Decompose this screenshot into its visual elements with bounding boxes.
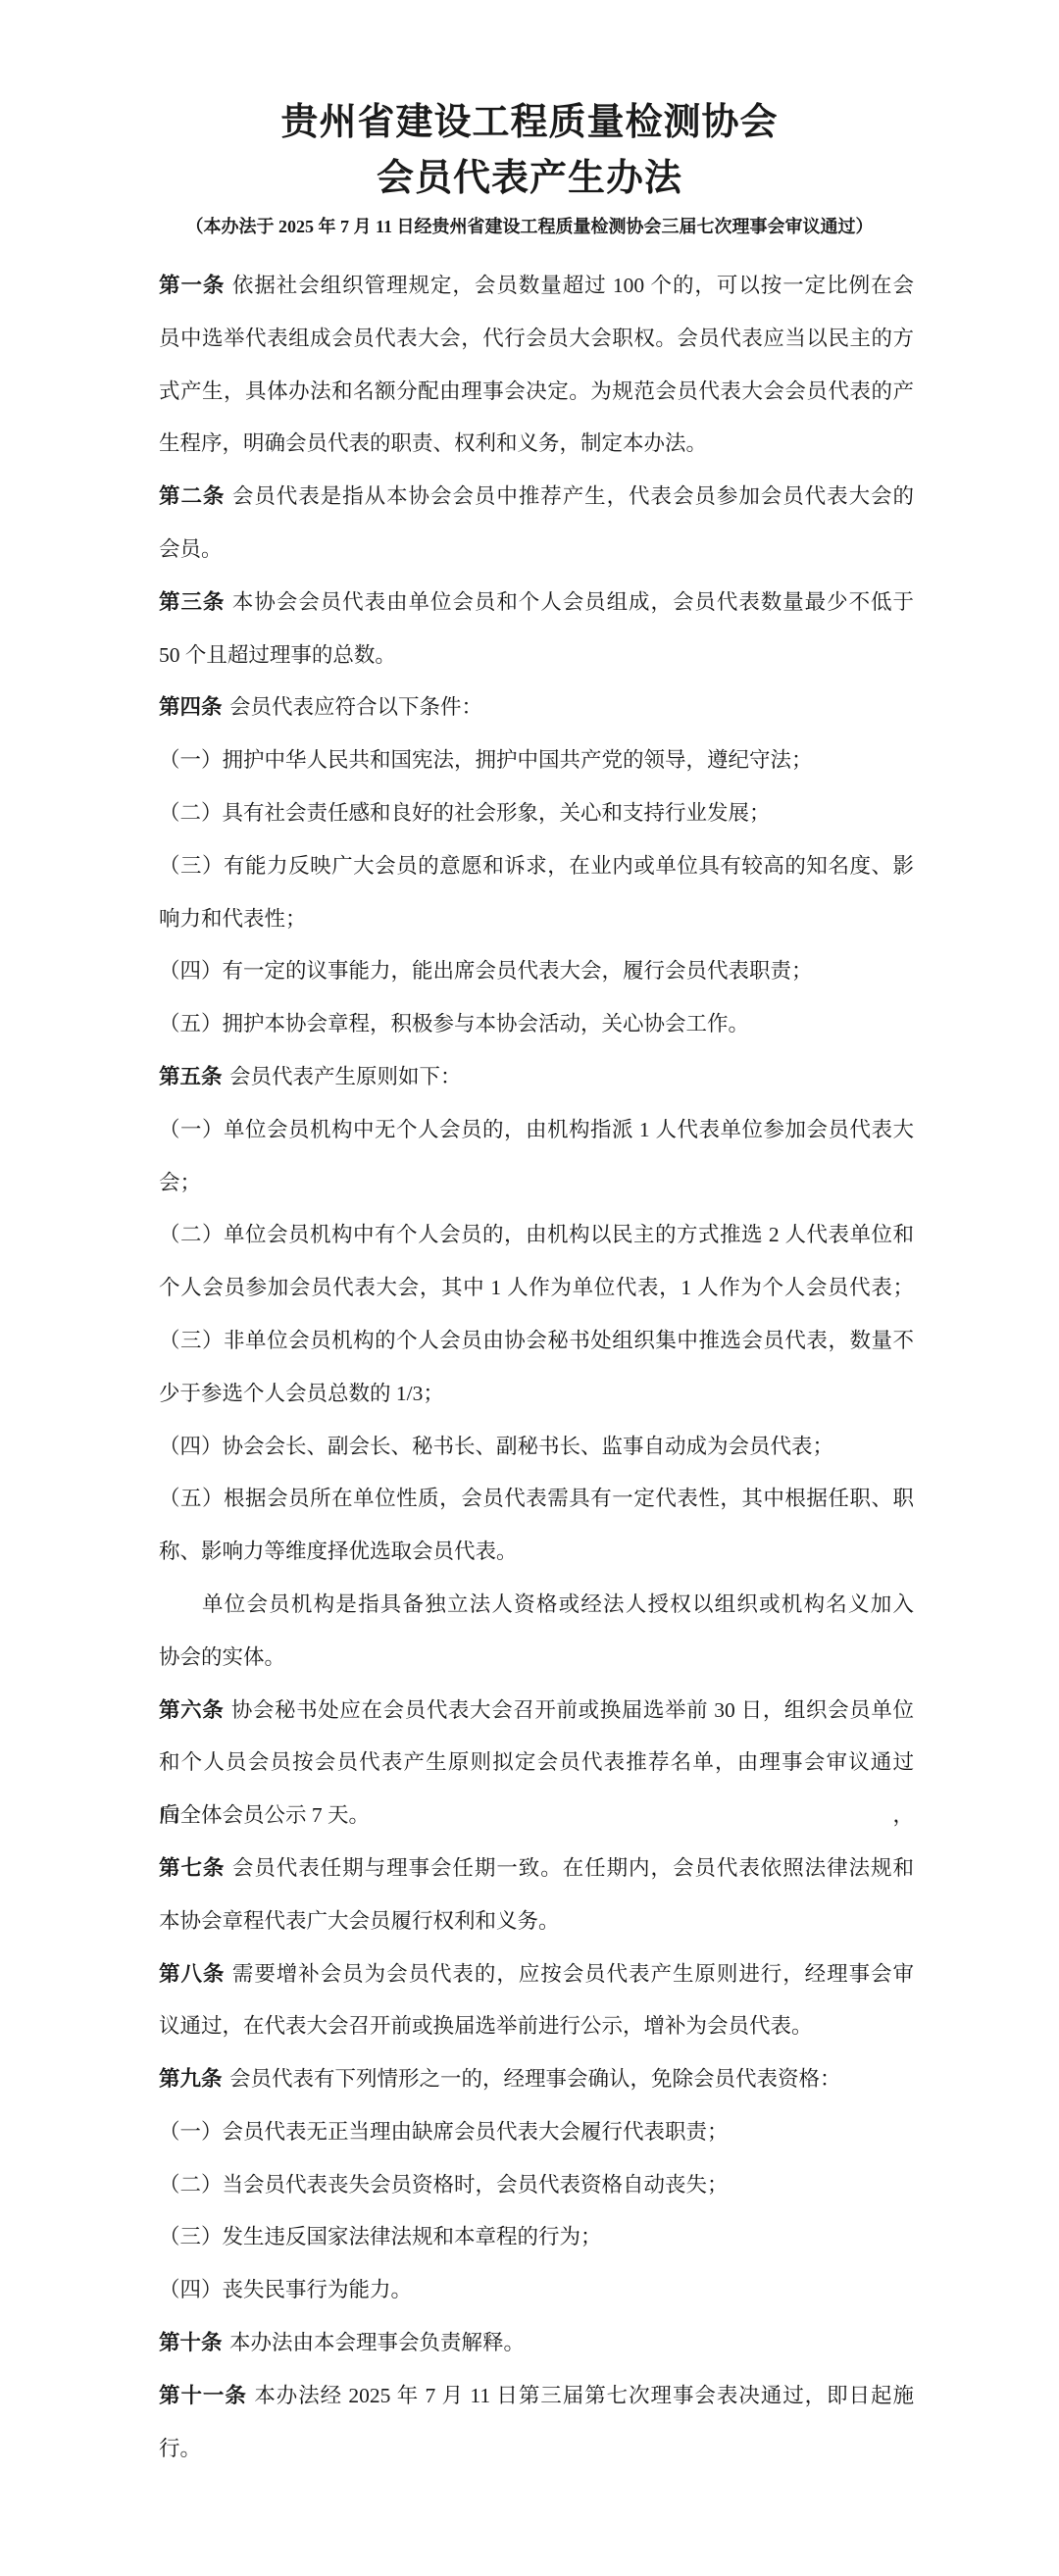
document-title-line-1: 贵州省建设工程质量检测协会	[0, 95, 1059, 151]
article-number: 第五条	[159, 1065, 223, 1088]
article-number: 第六条	[159, 1698, 224, 1722]
paragraph-line: 第九条会员代表有下列情形之一的，经理事会确认，免除会员代表资格：	[159, 2053, 914, 2106]
paragraph-line: 50 个且超过理事的总数。	[159, 630, 914, 682]
paragraph-line: （二）当会员代表丧失会员资格时，会员代表资格自动丧失；	[159, 2159, 914, 2212]
paragraph-line: 式产生，具体办法和名额分配由理事会决定。为规范会员代表大会会员代表的产	[159, 366, 914, 419]
paragraph-line: 第八条需要增补会员为会员代表的，应按会员代表产生原则进行，经理事会审	[159, 1948, 914, 2001]
paragraph-line: （二）具有社会责任感和良好的社会形象，关心和支持行业发展；	[159, 787, 914, 840]
paragraph-line: 第七条会员代表任期与理事会任期一致。在任期内，会员代表依照法律法规和	[159, 1843, 914, 1895]
paragraph-line: 协会的实体。	[159, 1632, 914, 1685]
paragraph-line: （四）有一定的议事能力，能出席会员代表大会，履行会员代表职责；	[159, 945, 914, 998]
article-number: 第七条	[159, 1856, 225, 1880]
paragraph-line: 员中选举代表组成会员代表大会，代行会员大会职权。会员代表应当以民主的方	[159, 313, 914, 366]
paragraph-line: 第十一条本办法经 2025 年 7 月 11 日第三届第七次理事会表决通过，即日…	[159, 2370, 914, 2423]
paragraph-line: （一）单位会员机构中无个人会员的，由机构指派 1 人代表单位参加会员代表大	[159, 1104, 914, 1157]
paragraph-line: 响力和代表性；	[159, 893, 914, 946]
paragraph-line: 第二条会员代表是指从本协会会员中推荐产生，代表会员参加会员代表大会的	[159, 471, 914, 524]
article-number: 第八条	[159, 1962, 225, 1986]
paragraph-line: 少于参选个人会员总数的 1/3；	[159, 1368, 914, 1421]
paragraph-line: （五）根据会员所在单位性质，会员代表需具有一定代表性，其中根据任职、职	[159, 1473, 914, 1526]
paragraph-line: 第五条会员代表产生原则如下：	[159, 1051, 914, 1104]
article-number: 第三条	[159, 590, 225, 614]
paragraph-line: （三）非单位会员机构的个人会员由协会秘书处组织集中推选会员代表，数量不	[159, 1315, 914, 1368]
paragraph-line: 第六条协会秘书处应在会员代表大会召开前或换届选举前 30 日，组织会员单位	[159, 1685, 914, 1738]
document-page: 贵州省建设工程质量检测协会 会员代表产生办法 （本办法于 2025 年 7 月 …	[0, 0, 1059, 2576]
paragraph-line: （一）拥护中华人民共和国宪法，拥护中国共产党的领导，遵纪守法；	[159, 734, 914, 787]
article-number: 第二条	[159, 484, 225, 508]
paragraph-line: 会员。	[159, 524, 914, 577]
paragraph-line: （五）拥护本协会章程，积极参与本协会活动，关心协会工作。	[159, 998, 914, 1051]
paragraph-line: 第四条会员代表应符合以下条件：	[159, 682, 914, 734]
paragraph-line: 本协会章程代表广大会员履行权利和义务。	[159, 1895, 914, 1948]
paragraph-line: （四）丧失民事行为能力。	[159, 2264, 914, 2317]
paragraph-line: （一）会员代表无正当理由缺席会员代表大会履行代表职责；	[159, 2106, 914, 2159]
article-number: 第十条	[159, 2331, 223, 2354]
paragraph-line: （三）有能力反映广大会员的意愿和诉求，在业内或单位具有较高的知名度、影	[159, 840, 914, 893]
paragraph-line: （四）协会会长、副会长、秘书长、副秘书长、监事自动成为会员代表；	[159, 1421, 914, 1474]
article-number: 第九条	[159, 2067, 223, 2091]
paragraph-line: 称、影响力等维度择优选取会员代表。	[159, 1526, 914, 1579]
paragraph-line: 个人会员参加会员代表大会，其中 1 人作为单位代表，1 人作为个人会员代表；	[159, 1262, 914, 1315]
document-body: 第一条依据社会组织管理规定，会员数量超过 100 个的，可以按一定比例在会员中选…	[159, 260, 914, 2475]
paragraph-line: 议通过，在代表大会召开前或换届选举前进行公示，增补为会员代表。	[159, 2000, 914, 2053]
paragraph-line: 单位会员机构是指具备独立法人资格或经法人授权以组织或机构名义加入	[159, 1579, 914, 1632]
article-number: 第四条	[159, 695, 223, 719]
paragraph-line: （二）单位会员机构中有个人会员的，由机构以民主的方式推选 2 人代表单位和	[159, 1209, 914, 1262]
approval-note: （本办法于 2025 年 7 月 11 日经贵州省建设工程质量检测协会三届七次理…	[0, 214, 1059, 239]
paragraph-line: 会；	[159, 1157, 914, 1210]
document-title-line-2: 会员代表产生办法	[0, 151, 1059, 207]
article-number: 第十一条	[159, 2384, 247, 2407]
document-header: 贵州省建设工程质量检测协会 会员代表产生办法 （本办法于 2025 年 7 月 …	[0, 95, 1059, 239]
paragraph-line: （三）发生违反国家法律法规和本章程的行为；	[159, 2211, 914, 2264]
paragraph-line: 生程序，明确会员代表的职责、权利和义务，制定本办法。	[159, 418, 914, 471]
paragraph-line: 行。	[159, 2423, 914, 2476]
article-number: 第一条	[159, 274, 225, 297]
paragraph-line: 第三条本协会会员代表由单位会员和个人会员组成，会员代表数量最少不低于	[159, 577, 914, 630]
paragraph-line: 第十条本办法由本会理事会负责解释。	[159, 2317, 914, 2370]
paragraph-line: 和个人员会员按会员代表产生原则拟定会员代表推荐名单，由理事会审议通过后，	[159, 1737, 914, 1790]
paragraph-line: 第一条依据社会组织管理规定，会员数量超过 100 个的，可以按一定比例在会	[159, 260, 914, 313]
